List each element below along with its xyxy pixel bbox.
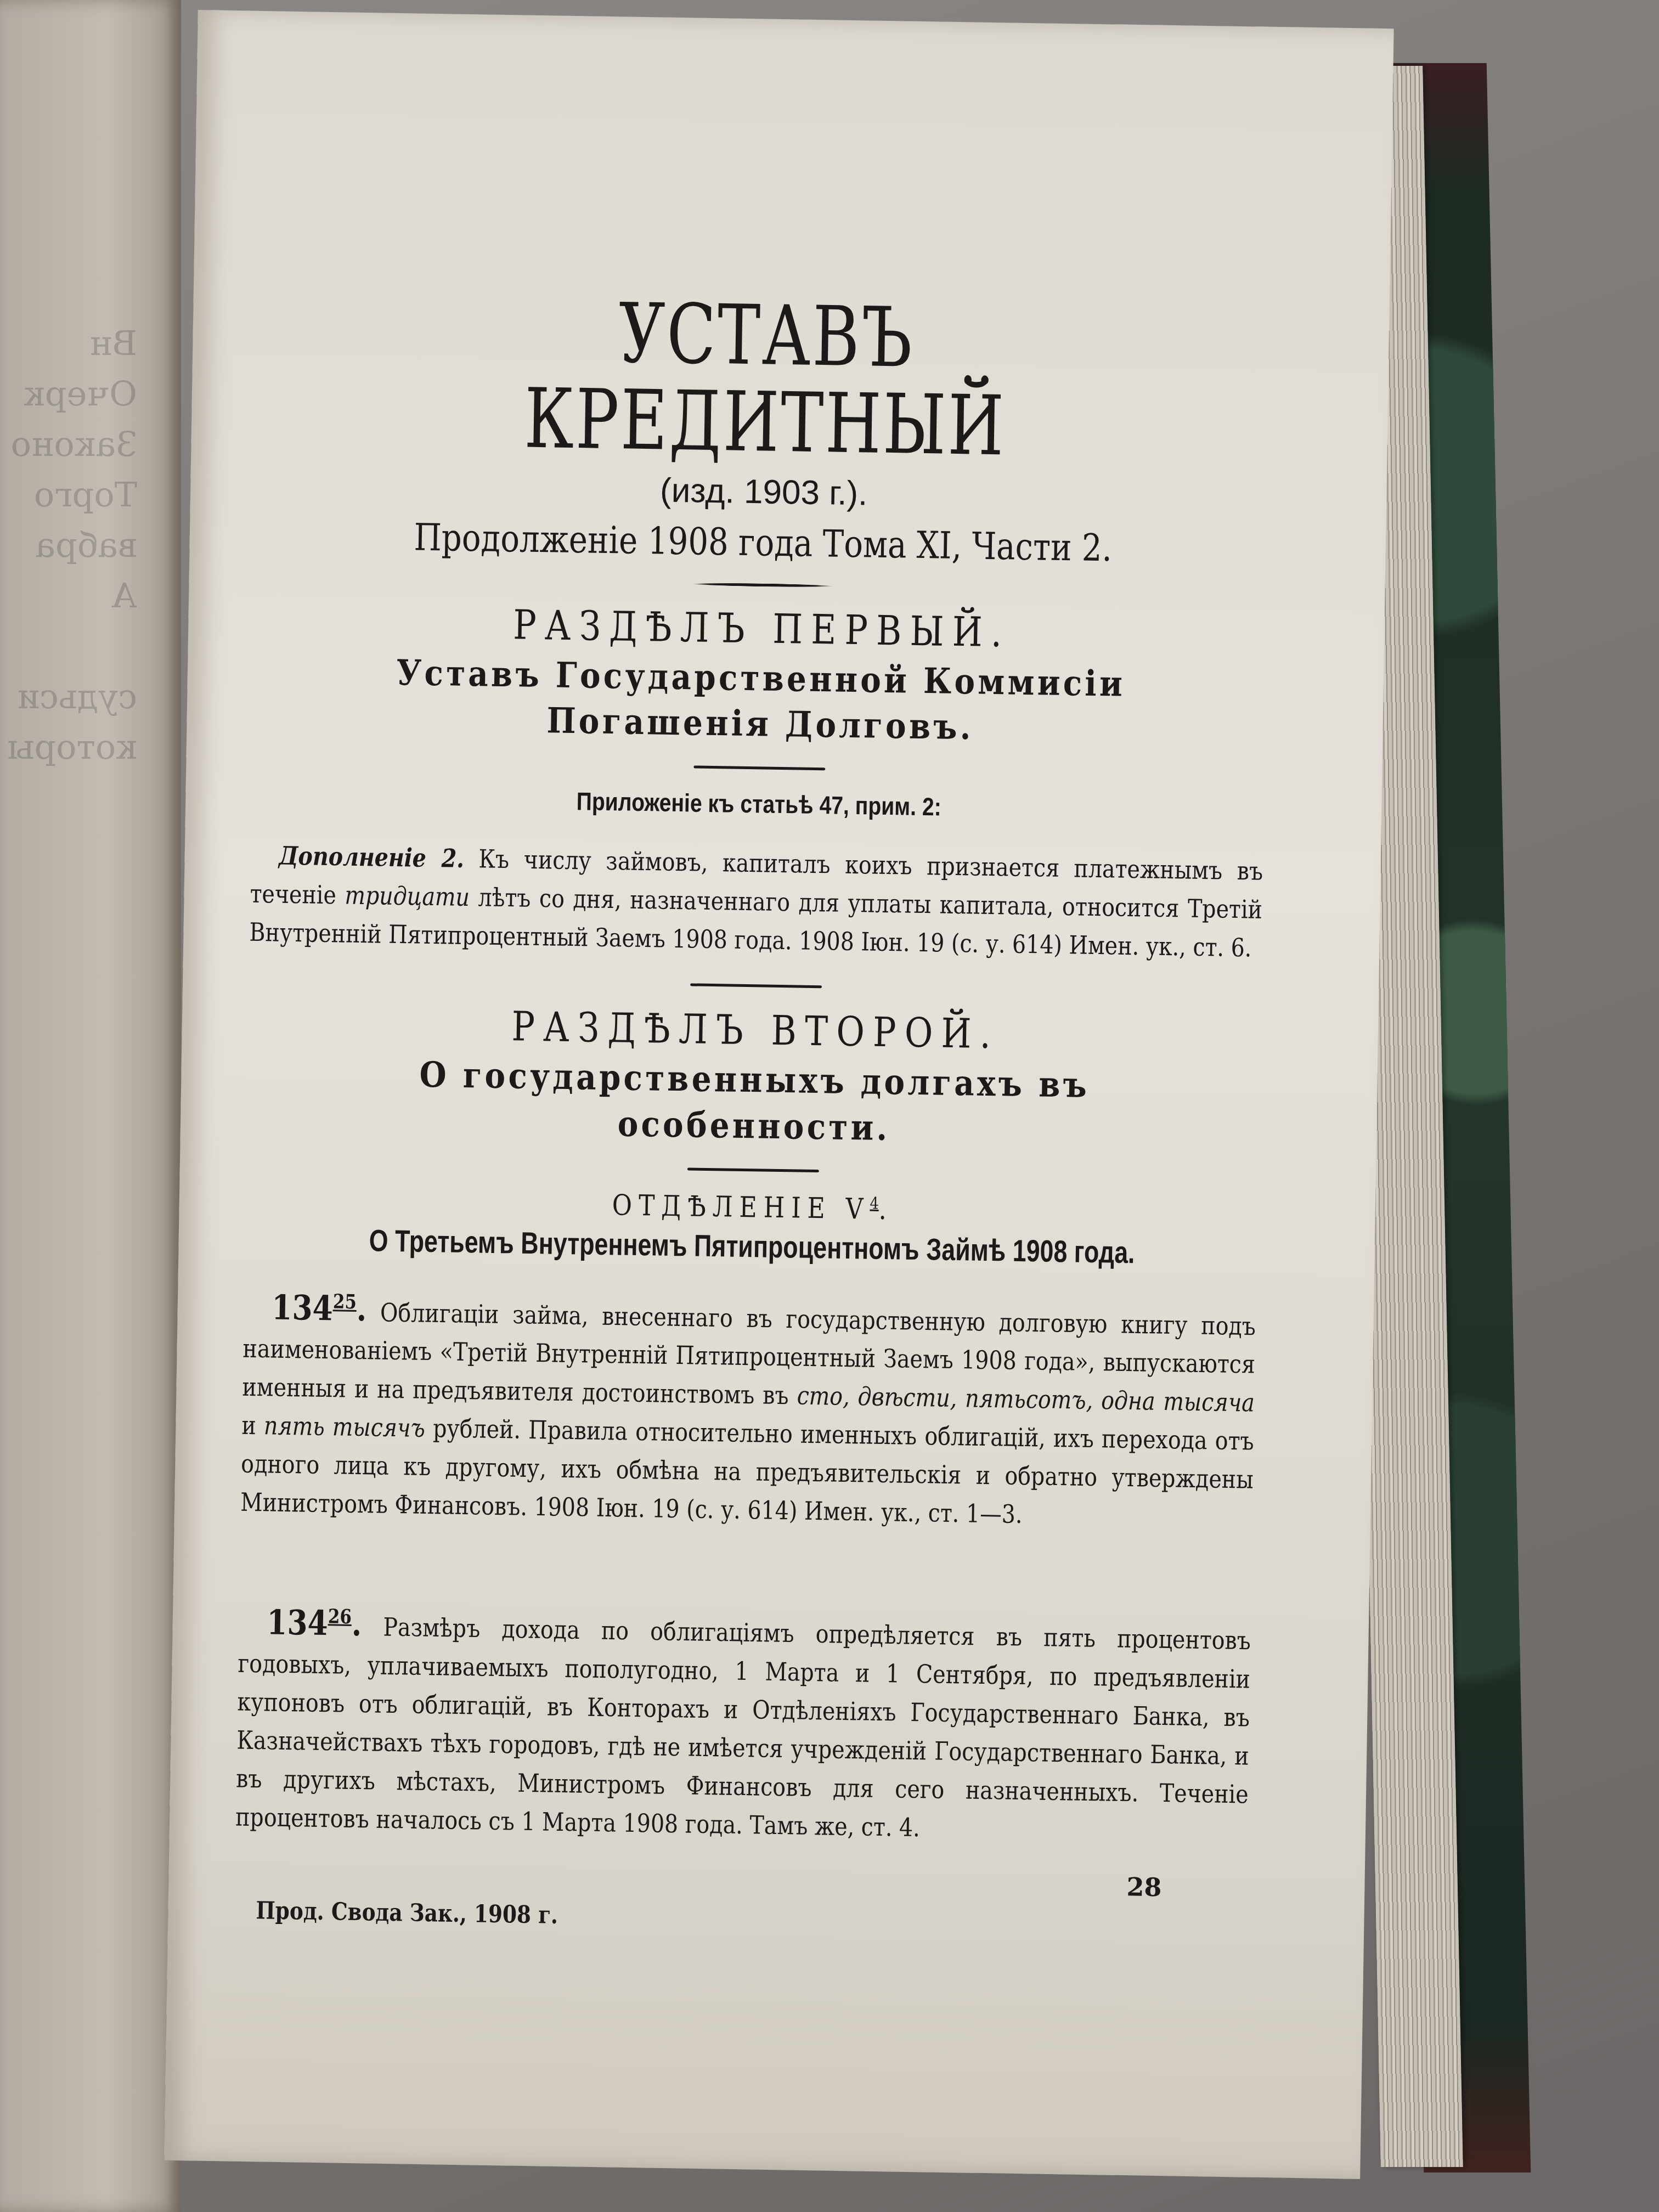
bleed-through-text: ВнОчеркЗаконоТорговабраАсудьсикоторы bbox=[5, 318, 137, 772]
article-text: и bbox=[241, 1410, 256, 1440]
footer-signature: Прод. Свода Зак., 1908 г. bbox=[256, 1897, 558, 1929]
article-number: 13426. bbox=[267, 1602, 362, 1644]
article-text: Размѣръ дохода по облигаціямъ опредѣляет… bbox=[235, 1612, 1251, 1842]
page-footer: 28 Прод. Свода Зак., 1908 г. bbox=[234, 1861, 1250, 1954]
section-two-subheading: О государственныхъ долгахъ въ особенност… bbox=[307, 1051, 1201, 1156]
page-content: УСТАВЪ КРЕДИТНЫЙ (изд. 1903 г.). Продолж… bbox=[234, 285, 1274, 1954]
ornamental-divider bbox=[691, 582, 834, 588]
article-italic: сто, двѣсти, пятьсотъ, одна тысяча bbox=[797, 1381, 1255, 1418]
subsection-name: О Третьемъ Внутреннемъ Пятипроцентномъ З… bbox=[346, 1222, 1158, 1270]
spacer bbox=[239, 1547, 1254, 1587]
article-number-main: 134 bbox=[267, 1602, 328, 1644]
addition-italic: тридцати bbox=[345, 881, 470, 912]
divider bbox=[687, 1167, 819, 1172]
addition-paragraph: Дополненіе 2. Къ числу займовъ, капиталъ… bbox=[249, 836, 1263, 967]
subsection-number-sup: 4 bbox=[870, 1194, 879, 1213]
subsection-label-suffix: . bbox=[878, 1193, 893, 1226]
article-italic: пять тысячъ bbox=[264, 1411, 426, 1443]
divider bbox=[693, 766, 825, 771]
document-title: УСТАВЪ КРЕДИТНЫЙ bbox=[369, 287, 1163, 472]
page-number: 28 bbox=[1126, 1872, 1162, 1902]
section-one-heading: РАЗДѢЛЪ ПЕРВЫЙ. bbox=[330, 599, 1193, 659]
section-two: РАЗДѢЛЪ ВТОРОЙ. О государственныхъ долга… bbox=[235, 999, 1263, 1852]
book-page: УСТАВЪ КРЕДИТНЫЙ (изд. 1903 г.). Продолж… bbox=[164, 10, 1393, 2179]
section-one: РАЗДѢЛЪ ПЕРВЫЙ. Уставъ Государственной К… bbox=[249, 597, 1269, 967]
article-number-main: 134 bbox=[272, 1288, 333, 1329]
divider bbox=[690, 984, 822, 989]
appendix-heading: Приложеніе къ статьѣ 47, прим. 2: bbox=[328, 782, 1190, 826]
section-one-subheading: Уставъ Государственной Коммисіи Погашені… bbox=[313, 649, 1207, 754]
article-number-sup: 26 bbox=[328, 1605, 352, 1629]
article-number-sup: 25 bbox=[333, 1290, 357, 1314]
continuation-line: Продолженіе 1908 года Тома XI, Части 2. bbox=[331, 515, 1195, 572]
edition-note: (изд. 1903 г.). bbox=[256, 465, 1272, 520]
article-134-26: 13426. Размѣръ дохода по облигаціямъ опр… bbox=[235, 1596, 1251, 1852]
article-number: 13425. bbox=[272, 1288, 367, 1329]
article-134-25: 13425. Облигаціи займа, внесеннаго въ го… bbox=[240, 1281, 1256, 1537]
addition-lead: Дополненіе 2. bbox=[279, 841, 465, 873]
section-two-heading: РАЗДѢЛЪ ВТОРОЙ. bbox=[324, 1000, 1187, 1061]
document-header: УСТАВЪ КРЕДИТНЫЙ (изд. 1903 г.). Продолж… bbox=[255, 285, 1274, 573]
subsection-label-text: ОТДѢЛЕНІЕ V bbox=[612, 1189, 870, 1226]
facing-page-left: ВнОчеркЗаконоТорговабраАсудьсикоторы bbox=[0, 0, 181, 2212]
